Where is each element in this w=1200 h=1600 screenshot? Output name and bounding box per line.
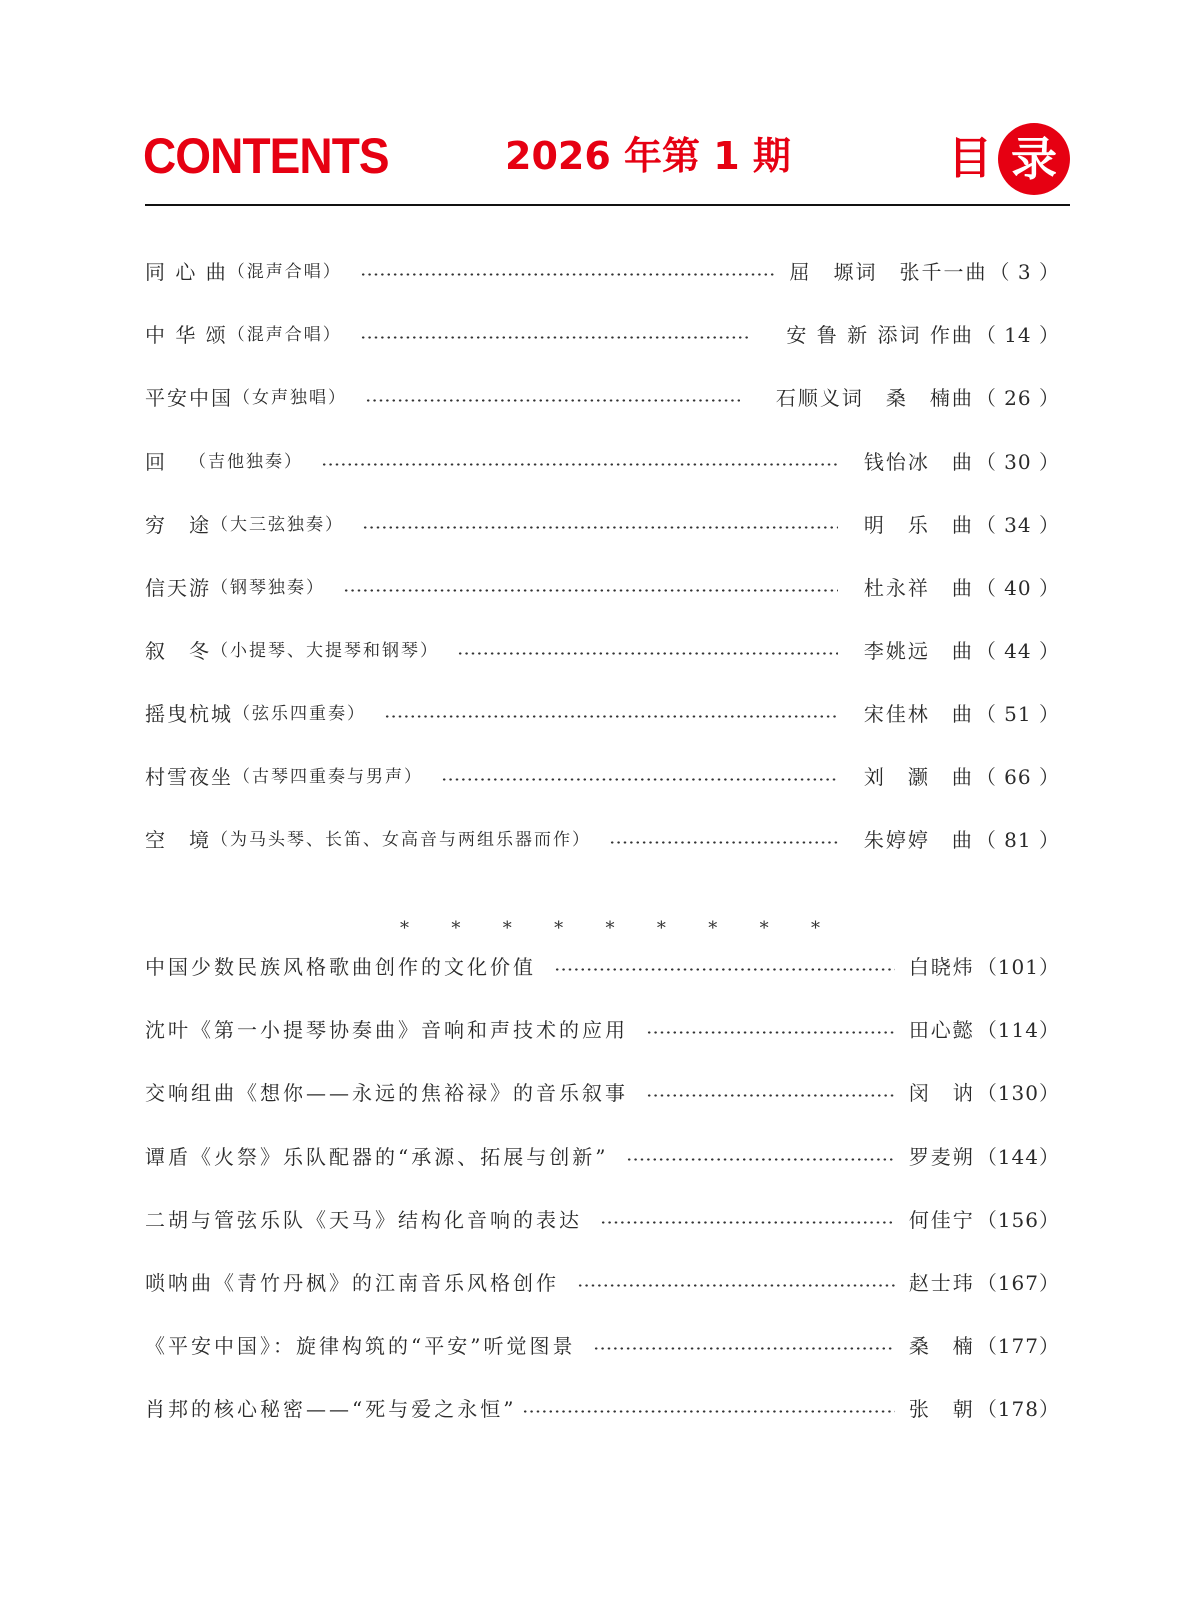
entry-subtitle: （吉他独奏） [189, 446, 303, 478]
entry-subtitle: （弦乐四重奏） [233, 698, 366, 730]
separator-star: * [451, 918, 460, 939]
separator-star: * [400, 918, 409, 939]
issue-title: 2026 年第 1 期 [505, 132, 791, 180]
header-divider [145, 204, 1070, 206]
entry-author: 闵 讷 [909, 1077, 975, 1109]
entry-author: 桑 楠 [909, 1330, 975, 1362]
mulu-logo: 目 录 [948, 126, 1070, 192]
entry-title: 空 境 [145, 824, 211, 856]
toc-entry-work[interactable]: 中 华 颂 （混声合唱） 安 鲁 新 添词 作曲 （ 14 ） [145, 319, 1060, 351]
separator-star: * [657, 918, 666, 939]
dot-leader [646, 1030, 895, 1034]
entry-author: 安 鲁 新 添词 作曲 [786, 319, 973, 351]
dot-leader [362, 525, 838, 529]
toc-entry-work[interactable]: 信天游 （钢琴独奏） 杜永祥 曲 （ 40 ） [145, 572, 1060, 604]
entry-page: （ 34 ） [976, 509, 1060, 541]
entry-author: 石顺义词 桑 楠曲 [776, 382, 974, 414]
dot-leader [343, 588, 838, 592]
contents-header: CONTENTS 2026 年第 1 期 目 录 [145, 126, 1070, 192]
toc-entry-article[interactable]: 唢呐曲《青竹丹枫》的江南音乐风格创作 赵士玮 （167） [145, 1267, 1060, 1299]
entry-author: 明 乐 曲 [864, 509, 974, 541]
dot-leader [593, 1346, 894, 1350]
entry-page: （178） [977, 1393, 1060, 1425]
toc-entry-article[interactable]: 肖邦的核心秘密——“死与爱之永恒” 张 朝 （178） [145, 1393, 1060, 1425]
contents-page: CONTENTS 2026 年第 1 期 目 录 同 心 曲 （混声合唱） 屈 … [145, 0, 1070, 1600]
entry-author: 何佳宁 [909, 1204, 975, 1236]
dot-leader [360, 335, 751, 339]
entry-author: 罗麦朔 [909, 1141, 975, 1173]
toc-entry-work[interactable]: 空 境 （为马头琴、长笛、女高音与两组乐器而作） 朱婷婷 曲 （ 81 ） [145, 824, 1060, 856]
entry-page: （167） [977, 1267, 1060, 1299]
separator-star: * [554, 918, 563, 939]
entry-author: 李姚远 曲 [864, 635, 974, 667]
toc-entry-work[interactable]: 回 （吉他独奏） 钱怡冰 曲 （ 30 ） [145, 446, 1060, 478]
dot-leader [577, 1283, 895, 1287]
entry-author: 赵士玮 [909, 1267, 975, 1299]
entry-author: 宋佳林 曲 [864, 698, 974, 730]
entry-page: （101） [977, 951, 1060, 983]
entry-page: （114） [977, 1014, 1060, 1046]
dot-leader [321, 462, 838, 466]
entry-subtitle: （混声合唱） [228, 319, 342, 351]
toc-entry-article[interactable]: 交响组曲《想你——永远的焦裕禄》的音乐叙事 闵 讷 （130） [145, 1077, 1060, 1109]
entry-title: 《平安中国》：旋律构筑的“平安”听觉图景 [145, 1330, 575, 1362]
entry-page: （ 81 ） [976, 824, 1060, 856]
entry-page: （ 26 ） [976, 382, 1060, 414]
entry-page: （156） [977, 1204, 1060, 1236]
toc-entry-article[interactable]: 二胡与管弦乐队《天马》结构化音响的表达 何佳宁 （156） [145, 1204, 1060, 1236]
toc-entry-work[interactable]: 叙 冬 （小提琴、大提琴和钢琴） 李姚远 曲 （ 44 ） [145, 635, 1060, 667]
dot-leader [554, 967, 895, 971]
entry-subtitle: （古琴四重奏与男声） [233, 761, 423, 793]
dot-leader [626, 1157, 894, 1161]
dot-leader [384, 714, 838, 718]
entry-title: 肖邦的核心秘密——“死与爱之永恒” [145, 1393, 516, 1425]
entry-author: 朱婷婷 曲 [864, 824, 974, 856]
toc-entry-work[interactable]: 摇曳杭城 （弦乐四重奏） 宋佳林 曲 （ 51 ） [145, 698, 1060, 730]
dot-leader [609, 840, 838, 844]
entry-page: （ 30 ） [976, 446, 1060, 478]
entry-title: 信天游 [145, 572, 211, 604]
entry-subtitle: （钢琴独奏） [211, 572, 325, 604]
entry-subtitle: （大三弦独奏） [211, 509, 344, 541]
entry-title: 村雪夜坐 [145, 761, 233, 793]
entry-author: 张 朝 [909, 1393, 975, 1425]
entry-page: （ 66 ） [976, 761, 1060, 793]
dot-leader [522, 1409, 894, 1413]
entry-author: 刘 灏 曲 [864, 761, 974, 793]
entry-title: 中国少数民族风格歌曲创作的文化价值 [145, 951, 536, 983]
dot-leader [360, 272, 776, 276]
entry-subtitle: （小提琴、大提琴和钢琴） [211, 635, 439, 667]
toc-entry-work[interactable]: 穷 途 （大三弦独奏） 明 乐 曲 （ 34 ） [145, 509, 1060, 541]
dot-leader [646, 1093, 895, 1097]
entry-title: 平安中国 [145, 382, 233, 414]
entry-title: 二胡与管弦乐队《天马》结构化音响的表达 [145, 1204, 582, 1236]
entry-title: 摇曳杭城 [145, 698, 233, 730]
dot-leader [600, 1220, 895, 1224]
entry-title: 沈叶《第一小提琴协奏曲》音响和声技术的应用 [145, 1014, 628, 1046]
separator-star: * [708, 918, 717, 939]
entry-subtitle: （女声独唱） [233, 382, 347, 414]
entry-author: 杜永祥 曲 [864, 572, 974, 604]
entry-subtitle: （为马头琴、长笛、女高音与两组乐器而作） [211, 824, 591, 856]
lu-circle-badge: 录 [998, 123, 1070, 195]
entry-page: （ 14 ） [976, 319, 1060, 351]
mu-char: 目 [948, 134, 992, 184]
entry-title: 交响组曲《想你——永远的焦裕禄》的音乐叙事 [145, 1077, 628, 1109]
toc-entry-article[interactable]: 《平安中国》：旋律构筑的“平安”听觉图景 桑 楠 （177） [145, 1330, 1060, 1362]
dot-leader [365, 398, 740, 402]
dot-leader [441, 777, 838, 781]
toc-entry-article[interactable]: 谭盾《火祭》乐队配器的“承源、拓展与创新” 罗麦朔 （144） [145, 1141, 1060, 1173]
separator-star: * [606, 918, 615, 939]
entry-page: （144） [977, 1141, 1060, 1173]
separator-star: * [503, 918, 512, 939]
contents-heading: CONTENTS [143, 128, 389, 184]
entry-page: （ 51 ） [976, 698, 1060, 730]
entry-page: （ 40 ） [976, 572, 1060, 604]
entry-title: 穷 途 [145, 509, 211, 541]
entry-title: 中 华 颂 [145, 319, 228, 351]
entry-title: 叙 冬 [145, 635, 211, 667]
entry-page: （ 44 ） [976, 635, 1060, 667]
entry-page: （177） [977, 1330, 1060, 1362]
entry-page: （130） [977, 1077, 1060, 1109]
entry-page: （ 3 ） [990, 256, 1060, 288]
entry-title: 回 [145, 446, 189, 478]
entry-title: 谭盾《火祭》乐队配器的“承源、拓展与创新” [145, 1141, 608, 1173]
entry-author: 白晓炜 [909, 951, 975, 983]
toc-entry-work[interactable]: 平安中国 （女声独唱） 石顺义词 桑 楠曲 （ 26 ） [145, 382, 1060, 414]
separator-star: * [811, 918, 820, 939]
separator-star: * [760, 918, 769, 939]
entry-author: 屈 塬词 张千一曲 [790, 256, 988, 288]
section-separator: * * * * * * * * * [400, 918, 820, 939]
toc-entry-article[interactable]: 沈叶《第一小提琴协奏曲》音响和声技术的应用 田心懿 （114） [145, 1014, 1060, 1046]
entry-author: 钱怡冰 曲 [864, 446, 974, 478]
toc-entry-work[interactable]: 同 心 曲 （混声合唱） 屈 塬词 张千一曲 （ 3 ） [145, 256, 1060, 288]
entry-author: 田心懿 [909, 1014, 975, 1046]
entry-title: 唢呐曲《青竹丹枫》的江南音乐风格创作 [145, 1267, 559, 1299]
entry-subtitle: （混声合唱） [228, 256, 342, 288]
dot-leader [457, 651, 838, 655]
toc-entry-article[interactable]: 中国少数民族风格歌曲创作的文化价值 白晓炜 （101） [145, 951, 1060, 983]
entry-title: 同 心 曲 [145, 256, 228, 288]
toc-entry-work[interactable]: 村雪夜坐 （古琴四重奏与男声） 刘 灏 曲 （ 66 ） [145, 761, 1060, 793]
